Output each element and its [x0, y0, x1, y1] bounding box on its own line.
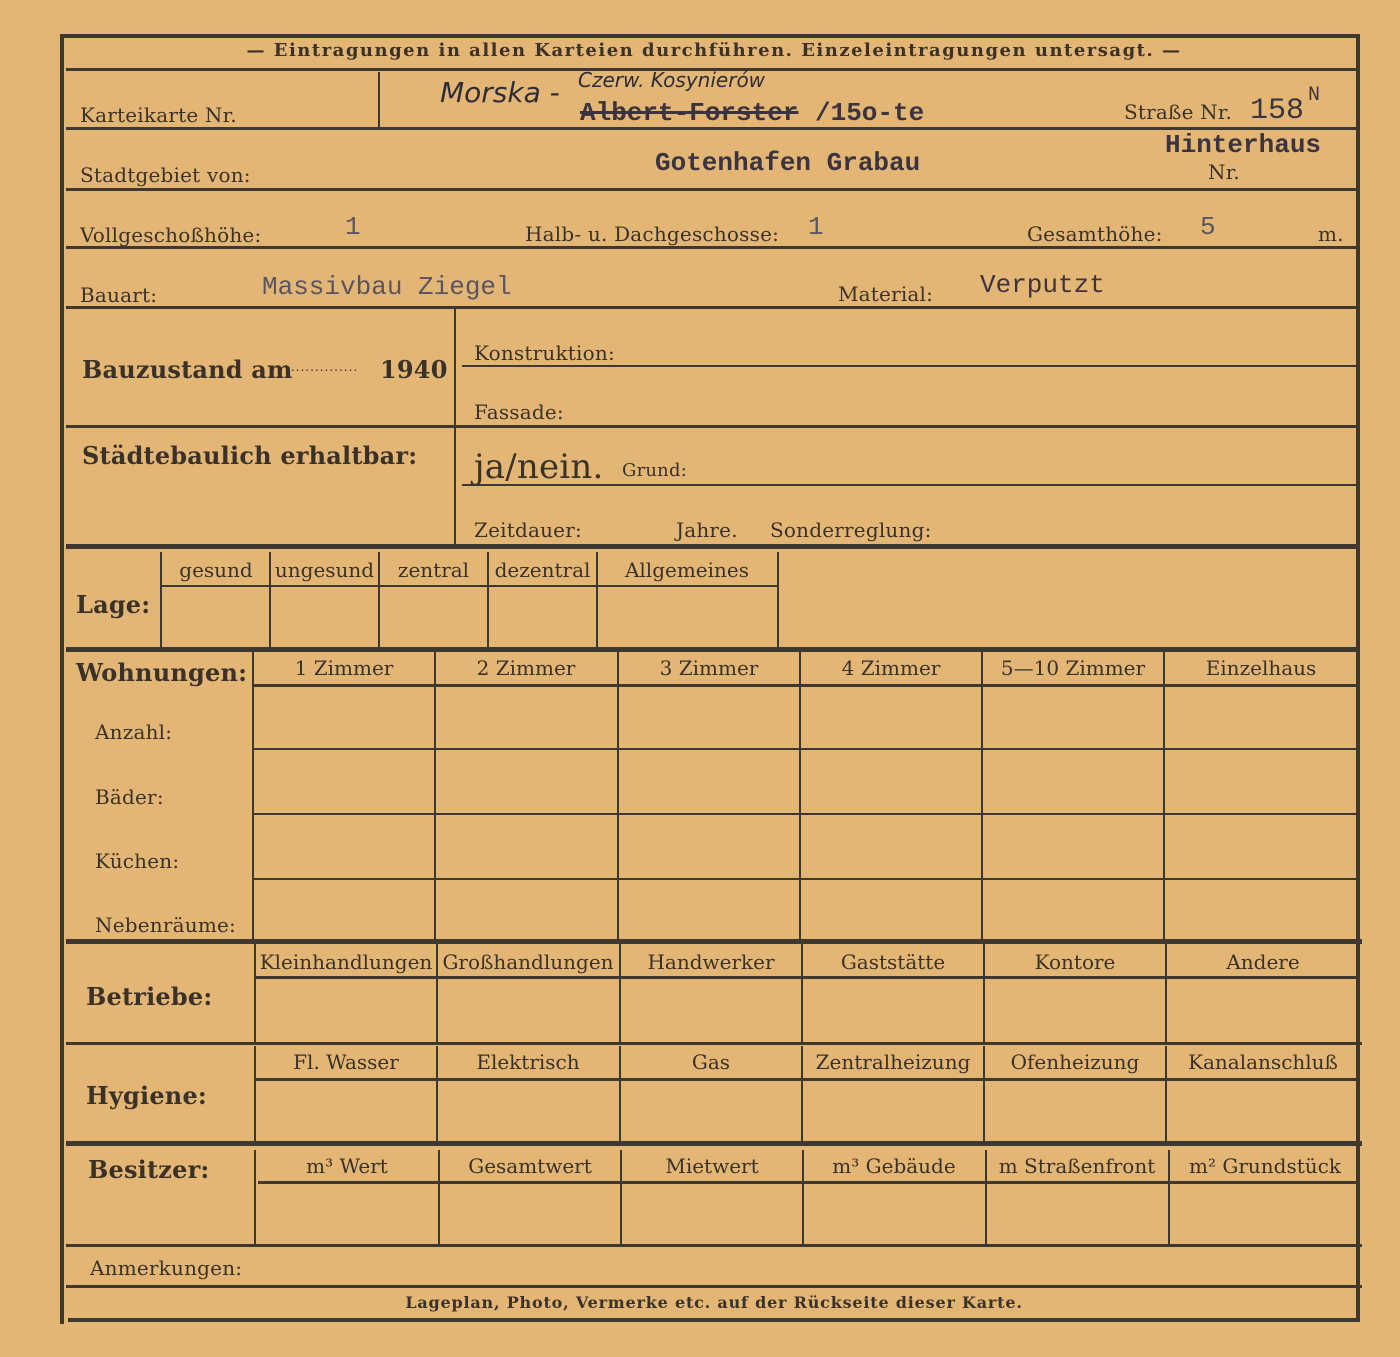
wohnungen-row-anzahl: Anzahl: — [95, 720, 172, 744]
lage-label: Lage: — [76, 590, 150, 619]
strasse-number: 158 — [1250, 94, 1304, 128]
lage-col-ungesund: ungesund — [271, 558, 378, 582]
bauart-label: Bauart: — [80, 283, 157, 307]
wohnungen-row-nebenraeume: Nebenräume: — [95, 913, 236, 937]
stadtgebiet-label: Stadtgebiet von: — [80, 163, 251, 187]
divider — [66, 425, 1356, 428]
divider — [162, 585, 778, 587]
besitzer-col-4: m³ Gebäude — [804, 1154, 984, 1178]
divider — [617, 652, 619, 940]
vollgeschoss-value: 1 — [345, 212, 361, 242]
zeitdauer-label: Zeitdauer: — [474, 518, 582, 542]
betriebe-col-5: Kontore — [985, 950, 1165, 974]
divider — [462, 365, 1356, 367]
besitzer-col-5: m Straßenfront — [987, 1154, 1167, 1178]
besitzer-label: Besitzer: — [88, 1155, 209, 1184]
hygiene-col-6: Kanalanschluß — [1167, 1050, 1359, 1074]
header-instruction: — Eintragungen in allen Karteien durchfü… — [68, 40, 1360, 61]
betriebe-col-6: Andere — [1167, 950, 1359, 974]
divider — [1163, 652, 1165, 940]
betriebe-col-4: Gaststätte — [803, 950, 983, 974]
material-label: Material: — [838, 282, 933, 306]
divider — [66, 306, 1356, 309]
wohnungen-col-3: 3 Zimmer — [619, 656, 799, 680]
wohnungen-col-6: Einzelhaus — [1165, 656, 1357, 680]
divider — [777, 552, 779, 648]
divider — [981, 652, 983, 940]
betriebe-label: Betriebe: — [86, 982, 212, 1011]
divider — [254, 684, 1358, 687]
wohnungen-col-1: 1 Zimmer — [254, 656, 434, 680]
divider — [799, 652, 801, 940]
typed-street-struck: Albert-Forster — [580, 98, 798, 128]
divider — [66, 1244, 1362, 1247]
divider — [66, 188, 1356, 191]
typed-street-suffix: /15o-te — [815, 98, 924, 128]
divider — [258, 1181, 1360, 1184]
bauart-value: Massivbau Ziegel — [262, 272, 512, 302]
divider — [66, 127, 1356, 130]
lage-col-dezentral: dezentral — [489, 558, 596, 582]
betriebe-col-2: Großhandlungen — [438, 950, 618, 974]
wohnungen-label: Wohnungen: — [76, 658, 247, 687]
divider — [256, 1078, 1360, 1081]
divider — [434, 652, 436, 940]
hinterhaus-nr-label: Nr. — [1208, 160, 1240, 184]
material-value: Verputzt — [980, 270, 1105, 300]
lage-col-gesund: gesund — [162, 558, 270, 582]
divider — [462, 484, 1356, 486]
strasse-label: Straße Nr. — [1124, 100, 1232, 124]
bauzustand-year: 1940 — [380, 355, 448, 384]
handwritten-street: Morska - — [440, 76, 560, 109]
halbgeschoss-label: Halb- u. Dachgeschosse: — [525, 222, 779, 246]
konstruktion-label: Konstruktion: — [474, 341, 615, 365]
bauzustand-label: Bauzustand am — [82, 355, 293, 384]
divider — [254, 813, 1358, 815]
betriebe-col-3: Handwerker — [621, 950, 801, 974]
hygiene-col-1: Fl. Wasser — [256, 1050, 436, 1074]
wohnungen-col-2: 2 Zimmer — [436, 656, 616, 680]
hygiene-label: Hygiene: — [86, 1081, 207, 1110]
erhaltbar-label: Städtebaulich erhaltbar: — [82, 441, 417, 470]
wohnungen-col-4: 4 Zimmer — [801, 656, 981, 680]
strasse-suffix: N — [1308, 84, 1320, 107]
anmerkungen-label: Anmerkungen: — [90, 1256, 242, 1280]
divider — [252, 652, 254, 940]
betriebe-col-1: Kleinhandlungen — [256, 950, 436, 974]
divider — [66, 1285, 1362, 1288]
besitzer-col-2: Gesamtwert — [440, 1154, 620, 1178]
wohnungen-col-5: 5—10 Zimmer — [983, 656, 1163, 680]
bauzustand-dots: ............... — [286, 360, 358, 374]
vollgeschoss-label: Vollgeschoßhöhe: — [80, 223, 261, 247]
lage-col-allgemeines: Allgemeines — [598, 558, 776, 582]
divider — [66, 1042, 1362, 1045]
divider — [256, 976, 1360, 979]
lage-col-zentral: zentral — [380, 558, 487, 582]
hygiene-col-4: Zentralheizung — [803, 1050, 983, 1074]
halbgeschoss-value: 1 — [808, 212, 824, 242]
divider — [66, 544, 1358, 549]
besitzer-col-3: Mietwert — [622, 1154, 802, 1178]
fassade-label: Fassade: — [474, 400, 564, 424]
wohnungen-row-baeder: Bäder: — [95, 785, 164, 809]
grund-label: Grund: — [622, 460, 687, 481]
wohnungen-row-kuechen: Küchen: — [95, 849, 179, 873]
gesamthoehe-value: 5 — [1200, 212, 1216, 242]
hygiene-col-2: Elektrisch — [438, 1050, 618, 1074]
divider — [378, 72, 380, 128]
gesamthoehe-label: Gesamthöhe: — [1027, 222, 1163, 246]
divider — [254, 748, 1358, 750]
hygiene-col-5: Ofenheizung — [985, 1050, 1165, 1074]
hinterhaus-value: Hinterhaus — [1165, 130, 1321, 160]
divider — [66, 246, 1356, 249]
divider — [66, 1141, 1362, 1146]
besitzer-col-1: m³ Wert — [256, 1154, 438, 1178]
ja-nein-label: ja/nein. — [474, 447, 603, 487]
footer-note: Lageplan, Photo, Vermerke etc. auf der R… — [68, 1293, 1360, 1312]
gesamthoehe-unit: m. — [1318, 222, 1344, 246]
jahre-label: Jahre. — [676, 518, 738, 542]
sonderregelung-label: Sonderreglung: — [770, 518, 932, 542]
handwritten-street-new: Czerw. Kosynierów — [578, 68, 765, 92]
stadtgebiet-value: Gotenhafen Grabau — [655, 148, 920, 178]
besitzer-col-6: m² Grundstück — [1170, 1154, 1360, 1178]
divider — [254, 878, 1358, 880]
hygiene-col-3: Gas — [621, 1050, 801, 1074]
divider — [66, 939, 1362, 944]
karteikarte-label: Karteikarte Nr. — [80, 103, 237, 127]
